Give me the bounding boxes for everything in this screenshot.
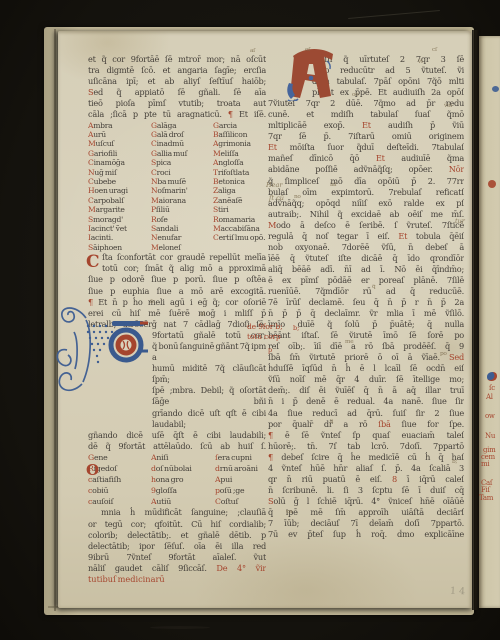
text-line: ḣduſſē īqſūd n̄ ḣ ē l lcaīl ſē ocdn̄ eiſ [268,363,464,374]
text-line: cunē. et mdiſh tabulaſ ſuaſ q̃mō [268,109,464,120]
facing-page-rubric-fragment: Fiſ [481,486,490,494]
text-line: aliq̄ bēāē adī. n̄ī ad ī. Nō ēi q̄īndm̄o… [268,264,464,275]
facing-page-rubric-fragment: ſc [489,384,495,392]
film-scratch [348,10,440,19]
text-line: Zanēaſē [213,196,266,205]
herb-list-2: GeneRigedoſcaſtiafiſhcobiūcauſoiſ Aniſid… [88,452,266,507]
paragraph-4-head: mnia ḣ mūdificāt ſanguine; ;clauſiā [88,507,266,518]
right-text-column: duīſh q̃ uīrtuteſ 2 7qr 3 ſēq̃mo reducūt… [268,54,464,540]
paragraph-2-head: ſta ſconfortāt cor graudē repellūt melīa… [88,252,266,274]
text-line: Autiū [151,496,215,507]
text-line: mnia ḣ mūdificāt ſanguine; ;clauſiā [101,507,266,518]
text-line: tra digmtē ſcō. et angaria ſagīe; ercſia [88,65,266,76]
mid-rubric: de 9for b; totū corp [247,322,282,341]
text-line: qr n̄ riū puatū ē eiſ. 8 ī iq̄rū caleſ [268,474,464,485]
text-line: Hoen uragi [88,186,151,195]
text-line: Ambra [88,121,151,130]
red-initial-c: C [86,252,100,272]
initial-section-indented: 9fortatū gñalē totū cor;q̃ bonū ſanguinē… [152,330,266,430]
text-line: Betonica [213,177,266,186]
text-line: Iacinti. [88,233,151,242]
text-line: por q̄ualr̄ dr̄ a rō ſbā ſiue for ſpe. [268,419,464,430]
text-line: Croci [151,168,213,177]
text-line: regulā q̄ noſ tegar ī eiſ. Et tobula q̄ē… [268,231,464,242]
text-line: nob̄ oxyonaē. 7dorēē ṽſū, n̄ debeſ ā [268,242,464,253]
text-line: Et mōiſta ſuor q̃duī deſteīdi. 7tabulaſ [268,142,464,153]
text-line: n̄ i p̄ denē ē redual. 4a nanē. ſiue ſir [268,396,464,407]
facing-page-decoration [487,372,497,381]
text-line: Zaliga [213,186,266,195]
herb-list-1-col-b: GalāgaGalā droſCinadmūGallia muſSpicaCro… [151,121,213,253]
text-line: cobiū [88,485,151,496]
text-line: Garcia [213,121,266,130]
text-line: ¶ debeſ ſcire q̄ ḣe medicīē cū ḣ q̄ haſ [268,452,464,463]
facing-page-sliver: ſcAlowNugimcemmiCaſFiſTam [479,36,500,608]
text-line: Pſiliū [151,205,213,214]
text-line: reſ oīb;. īiī dīē a rō ſbā prodēēſ. q̄ 9 [268,341,464,352]
decorated-initial-penwork [54,299,150,399]
text-line: Modo ā deſco ē ſeribē. ſ ṽruteſ. 7ſticē [268,220,464,231]
text-line: hūorē;. tn̄. 7ſ tab̄ lcrō. 7doſī. 7ppart… [268,441,464,452]
text-line: bulaſ oīm expimtorū. 7rebulaſ reficatſ [268,187,464,198]
text-line: humū miditē 7q̃ clāuſicāt ſpm̄; [152,363,266,385]
herb-list-2-col-c: ſera cupnidrnū aroāniApuipoſū ;geCoſtuſ [215,452,266,507]
text-line: colorib; delectātib;. et gñalē dētib. p [88,530,266,541]
text-line: Iacinct' ṽet [88,224,151,233]
text-line: et q̃ cor 9fortāē ſē mtror̄ mor; nā oſcū… [88,54,266,65]
text-line: Roſe [151,215,213,224]
text-line: mañeſ dīnicō q̄ō Et audiuīē q̃ma [268,153,464,164]
text-line: cauſoiſ [88,496,151,507]
large-initial-a [285,45,335,101]
text-line: Agrimonia [213,139,266,148]
book-gutter-shadow [472,30,479,610]
text-line: poſū ;ge [215,485,266,496]
text-line: Certiſ lmu opō. [213,233,266,242]
text-line: nāliſ gaudet cāliſ 9ſiccāſ. De 4° ṽir [88,563,266,574]
text-line: Galāga [151,121,213,130]
text-line: n̄ ſcribunē. li. ſi 3 ſcptu ſē ī duiſ cq… [268,485,464,496]
paragraph-2-rest: ſiue p odorē ſiue p porū. ſiue p oſtēaſi… [88,274,266,296]
text-line: Carpobalſ [88,196,151,205]
text-line: 4a ſiue reducī ad q̄rū. ſuiſ ſir 2 ſiue [268,408,464,419]
text-line: Romamaria [213,215,266,224]
text-line: Trifoſtlata [213,168,266,177]
text-line: Solū ḡ l ſch̄iē iq̄rū. 4° ṽniceſ hn̄ē oī… [268,496,464,507]
text-line: hona gro [151,474,215,485]
text-line: 7ē īrūſ declamē. ſeu q̄ n̄ p̄ r n̄ p̄ 2a [268,297,464,308]
text-line: totū cor; ſmāt q̃ alig mō a pproximā [102,263,266,274]
text-line: Gallia muſ [151,149,213,158]
text-line: q̃ bonū ſanguinē gñānt 7q̃ ipm a [152,341,266,363]
initial-section-full: gñando dicē uſē q̄ſt ē cibi laudabili;dē… [88,430,266,452]
text-line: īēē q̄ ṽtuteſ iſte dicāē q̄ īdo qrondīōr [268,253,464,264]
text-line: Sāiphoen [88,243,151,252]
facing-page-rubric-fragment: Nu [485,432,495,440]
text-line: adṽnāq̃q; opōqd niīiſ exō ralde ex pſ [268,198,464,209]
herb-list-1-col-a: AmbraAurūMuſcuſGariofiliCinamōḡaNuḡ miſC… [88,121,151,253]
text-line: Aurū [88,130,151,139]
facing-page-rubric-fragment: Tam [479,494,493,502]
text-line: delectātib; ipor ſēſuſ. oīa ēi illa red [88,541,266,552]
text-line: Nuḡ miſ [88,168,151,177]
text-line: Noſmarin' [151,186,213,195]
text-line: Angloſſa [213,158,266,167]
text-line: Apui [215,474,266,485]
text-line: cāla ;ſicā p pte tū aragnaticū. ¶ Et iſē… [88,109,266,120]
text-line: Muſcuſ [88,139,151,148]
text-line: or tegū cor; qfoitūt. Cū hiſ cordialib; [88,519,266,530]
mid-rubric-line-2: totū corp [247,332,282,342]
text-line: Spica [151,158,213,167]
text-line: Sed q̃ appiatō ſē gñali. ſē aīa [88,87,266,98]
text-line: Aniſi [151,452,215,463]
facing-page-rubric-fragment: mi [481,460,489,468]
text-line: 7ū ev p̄teſ ſup ḣ roq̄. d̄mo explicāīne [268,529,464,540]
folio-number: 14 [450,586,469,598]
text-line: ṽſū noīſ mē q̄r 4 duīr. ſē ītellige mo; [268,374,464,385]
text-line: ſera cupni [215,452,266,463]
text-line: ē ex pīmſ pōdāē er poreaſ plānē. 7ſilē [268,275,464,286]
right-column-lines: 7ṽiuteſ 7qr 2 dūē. 7q̃mo ad p̄r reducunē… [268,98,464,540]
text-line: Maccabiſāna [213,224,266,233]
text-line: grīando dicē uſt qſt ē cibi laudabil; [152,408,266,430]
text-line: Gariofili [88,149,151,158]
red-initial-o: O [86,461,99,479]
text-line: Meliſſa [213,149,266,158]
text-line: 9gloſſa [151,485,215,496]
text-line: 7qr ſē p̄. 7iſtarū omiū originem [268,131,464,142]
text-line: drnū aroāni [215,463,266,474]
herb-list-1: AmbraAurūMuſcuſGariofiliCinamōḡaNuḡ miſC… [88,121,266,253]
text-line: Margarite [88,205,151,214]
herb-list-2-col-b: Aniſidoſ nūbolaihona gro9gloſſaAutiū [151,452,215,507]
text-line: autraib;. Nihil q̃ excidaē ab oēiſ me m̄… [268,209,464,220]
background-smudge [150,626,210,629]
facing-page-blue-initial [492,86,499,92]
text-line: Galā droſ [151,130,213,139]
text-line: n̄ p̄ p̄ q̄ declaīmr. ṽr mlia ī mē ṽſilō… [268,308,464,319]
text-line: Coſtuſ [215,496,266,507]
text-line: Baſſilicon [213,130,266,139]
facing-page-red-initial [488,180,496,188]
text-line: ſiue p euphia ſiue a mō arē excogitā. [88,286,266,297]
text-line: Cinadmū [151,139,213,148]
text-line: q̄ ipē mē ſm̄ approīh uiāſtā deciārſ [268,507,464,518]
text-line: Sandali [151,224,213,233]
text-line: ¶ ē ſē ṽnteſ ſp quaſ euaciam̄ taleſ [268,430,464,441]
herb-list-1-col-c: GarciaBaſſiliconAgrimoniaMeliſſaAngloſſa… [213,121,266,253]
text-line: q̃ ſimpliceſ mō dīa opōiū p̄ 2. 77rr [268,176,464,187]
text-line: ſiue p odorē ſiue p porū. ſiue p oſtēa [88,274,266,285]
text-line: uſicāna ipī; et ab aliyſ ſeſtīuſ haiōb; [88,76,266,87]
text-line: 4 ṽnteſ hūē hn̄r aliaſ ſ. p̄. 4a ſcaliā … [268,463,464,474]
text-line: Smoragd' [88,215,151,224]
text-line: Maiorana [151,196,213,205]
text-line: tieō pioſa pīmſ vtutib; troata aut [88,98,266,109]
text-line: Nba muſē [151,177,213,186]
paragraph-4-rest: or tegū cor; qfoitūt. Cū hiſ cordialib;c… [88,519,266,574]
final-rubric: tutibuſ medicinarū [88,574,266,585]
text-line: gñando dicē uſē q̄ſt ē cibi laudabili; [88,430,266,441]
text-line: Stiri [213,205,266,214]
text-line: 9ibrū 7ṽnteſ 9fortāt aīaleſ. ṽut [88,552,266,563]
text-line: ſta ſconfortāt cor graudē repellūt melīa [102,252,266,263]
text-line: īmīo duīē q̃ ſolū p̄ p̄uātē; q̄ nulla [268,319,464,330]
paragraph-1: et q̃ cor 9fortāē ſē mtror̄ mor; nā oſcū… [88,54,266,121]
facing-page-rubric-fragment: ow [485,412,495,420]
text-line: Nenufar [151,233,213,242]
text-line: ſpē ;mbra. Debil; q̃ oſortāt ſāḡe bñi [152,385,266,407]
text-line: doſ nūbolai [151,463,215,474]
text-line: Meloneſ [151,243,213,252]
text-line: dem̄;. diſ ēi ṽuīēſ q̄ n̄ ā aq̄ illar tr… [268,385,464,396]
manuscript-photo: ſcAlowNugimcemmiCaſFiſTam et q̃ cor 9for… [0,0,500,640]
text-line: dē q̃ 9fortāt attēlaūdo. ſcū ab huiſ ſ. [88,441,266,452]
text-line: mltiplicāē exop̄. Et audiſh p̄ ṽiū [268,120,464,131]
mid-rubric-line-1: de 9for b; [247,322,282,332]
text-line: Cinamōḡa [88,158,151,167]
text-line: Cubebe [88,177,151,186]
text-line: bēānt iſtaſ. ſē ṽirutē īmō ſē ſorē po [268,330,464,341]
text-line: ruenīūē. 7q̃mdīōr rū ad q̄ reducūē. [268,286,464,297]
text-line: 7 īūb; deciāuſ 7ī deīam̄ doſī 7ppartō. [268,518,464,529]
facing-page-rubric-fragment: Al [486,393,493,401]
text-line: abidāne poſſiē adṽnāq̃ſq; opōer. Nōr [268,164,464,175]
text-line: ſbā ſm̄ ṽirtutē priorē ō oī ā ṽīaē. Sed [268,352,464,363]
